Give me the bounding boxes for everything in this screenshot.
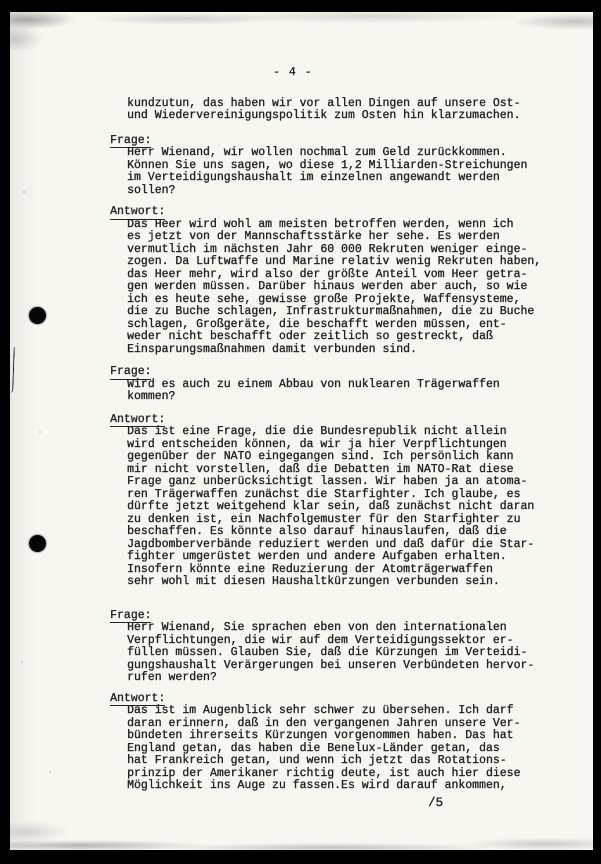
qa-block: Frage: Herr Wienand, wir wollen nochmal … bbox=[110, 135, 563, 198]
qa-block: Frage: Wird es auch zu einem Abbau von n… bbox=[110, 366, 563, 404]
qa-block: Antwort: Das ist eine Frage, die die Bun… bbox=[110, 414, 563, 589]
qa-body: Das ist eine Frage, die die Bundesrepubl… bbox=[127, 426, 563, 589]
page-content: - 4 - kundzutun, das haben wir vor allen… bbox=[10, 12, 593, 850]
footer-page-mark: /5 bbox=[428, 797, 563, 810]
scanner-background: { "document": { "page_number": "- 4 -", … bbox=[0, 0, 601, 864]
qa-body: Herr Wienand, wir wollen nochmal zum Gel… bbox=[127, 147, 563, 197]
paragraph-continuation: kundzutun, das haben wir vor allen Dinge… bbox=[127, 98, 563, 123]
qa-header: Frage: bbox=[110, 366, 563, 379]
qa-body: Das Heer wird wohl am meisten betroffen … bbox=[127, 219, 563, 357]
qa-block: Antwort: Das Heer wird wohl am meisten b… bbox=[110, 206, 563, 356]
qa-block: Antwort: Das ist im Augenblick sehr schw… bbox=[110, 693, 563, 793]
qa-blocks: Frage: Herr Wienand, wir wollen nochmal … bbox=[110, 135, 563, 793]
qa-header: Antwort: bbox=[110, 206, 563, 219]
page-number: - 4 - bbox=[273, 67, 563, 80]
qa-block: Frage: Herr Wienand, Sie sprachen eben v… bbox=[110, 610, 563, 685]
qa-body: Herr Wienand, Sie sprachen eben von den … bbox=[127, 622, 563, 685]
qa-body: Wird es auch zu einem Abbau von nukleare… bbox=[127, 379, 563, 404]
qa-body: Das ist im Augenblick sehr schwer zu übe… bbox=[127, 705, 563, 793]
document-page: - 4 - kundzutun, das haben wir vor allen… bbox=[10, 12, 593, 850]
